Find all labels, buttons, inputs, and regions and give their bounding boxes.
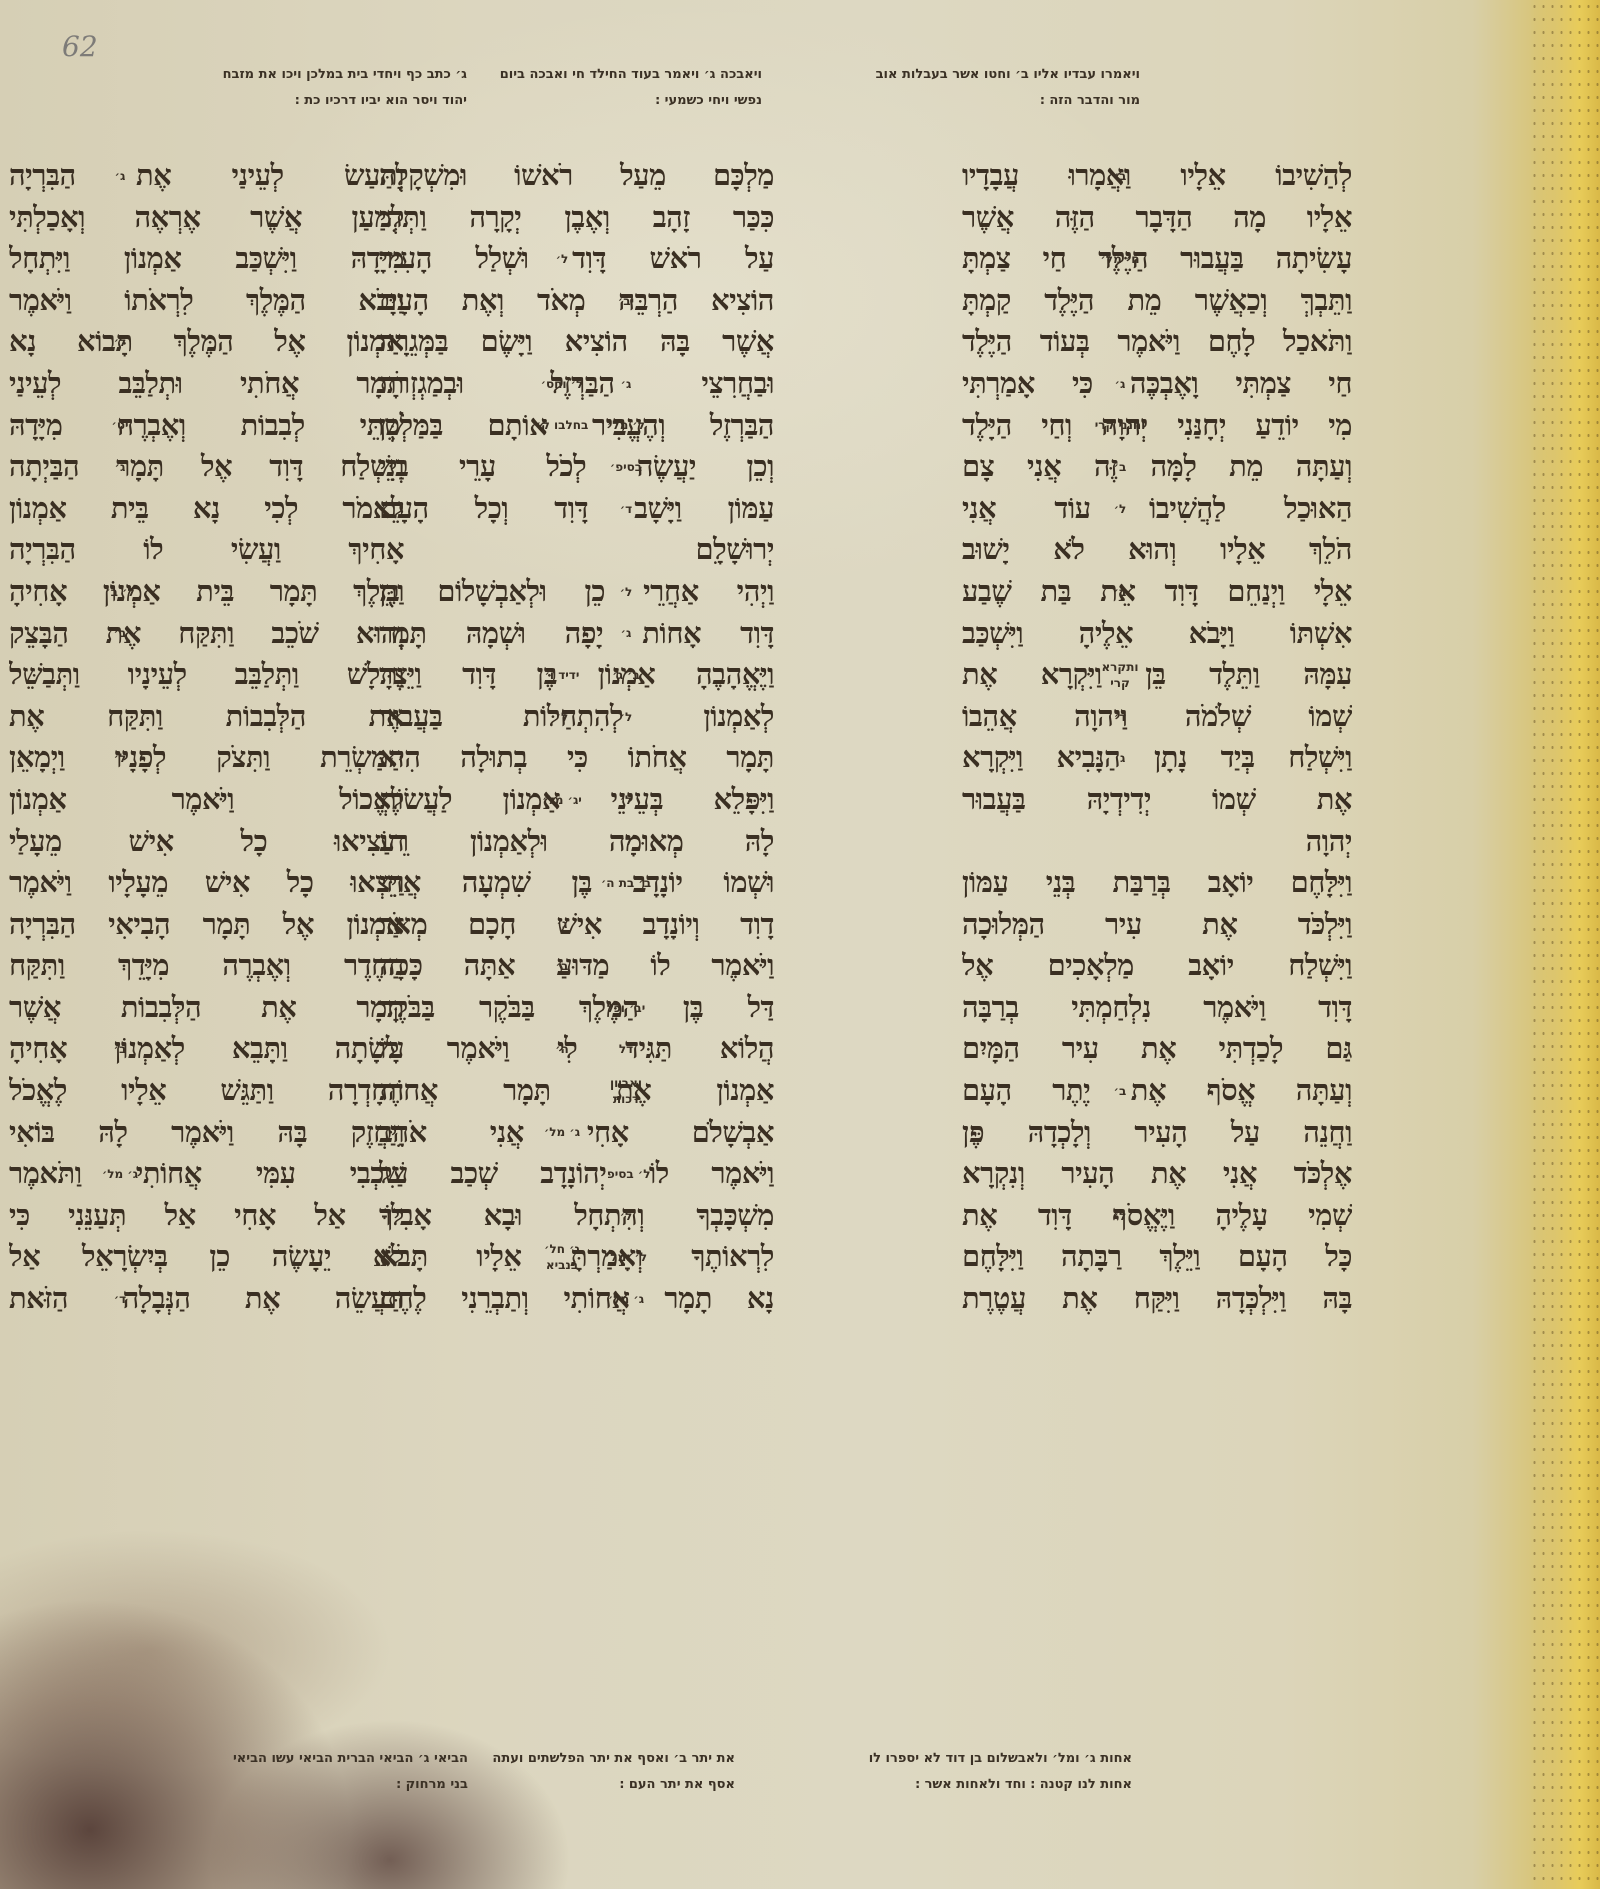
text-line: הַאוּכַל לַהֲשִׁיבוֹ עוֹד אֲנִי — [962, 488, 1352, 530]
masorah-parva-note — [92, 197, 148, 239]
masorah-parva-note — [92, 696, 148, 738]
masorah-parva-note — [534, 488, 590, 530]
masorah-parva-note — [92, 529, 148, 571]
text-line: וַיִּלְכֹּד אֶת עִיר הַמְּלוּכָה — [962, 904, 1352, 946]
masorah-parva-note: ב׳ — [1092, 155, 1148, 197]
masorah-parva-left-col: ל׳ל׳ וחס׳בחלבו ק׳ידיד ו׳ל׳יג׳ מל׳ג׳ב׳ה׳ג… — [534, 155, 590, 1320]
masorah-magna-bottom-middle: את יתר ב׳ ואסף את יתר הפלשתים ועתה אסף א… — [492, 1746, 735, 1798]
text-line: וַיֵּצְאוּ כָל אִישׁ מֵעָלָיו וַיֹּאמֶר — [9, 862, 404, 904]
masorah-parva-note — [534, 1070, 590, 1112]
masorah-parva-note — [598, 155, 654, 197]
text-line: וַתָּלָשׁ וַתְּלַבֵּב לְעֵינָיו וַתְּבַש… — [9, 654, 404, 696]
text-line: אַמְנוֹן אֶל תָּמָר הָבִיאִי הַבִּרְיָה — [9, 904, 404, 946]
masorah-parva-note — [534, 446, 590, 488]
text-line: גַּם לָכַדְתִּי אֶת עִיר הַמָּיִם — [962, 1028, 1352, 1070]
masorah-parva-note — [92, 904, 148, 946]
masorah-parva-note — [92, 779, 148, 821]
masorah-parva-note: יט׳ — [92, 405, 148, 447]
masorah-parva-note — [534, 197, 590, 239]
masorah-parva-note — [598, 321, 654, 363]
text-line: הַחֶדֶר וְאֶבְרֶה מִיָּדֵךְ וַתִּקַּח — [9, 945, 404, 987]
masorah-parva-note — [598, 197, 654, 239]
text-line: לְהַשִׁיבוֹ אֵלָיו וַאֲמָרוּ עֲבָדָיו — [962, 155, 1352, 197]
masorah-parva-note: ג׳ — [92, 446, 148, 488]
masorah-parva-note: ל׳ וחס׳ — [534, 363, 590, 405]
masorah-parva-note — [1092, 280, 1148, 322]
masorah-parva-note: ג׳ — [1092, 363, 1148, 405]
folio-number: 62 — [62, 30, 98, 63]
masorah-parva-note — [1092, 779, 1148, 821]
text-line: אֶת הַלְּבִבוֹת וַתִּקַּח אֶת — [9, 696, 404, 738]
text-line: הֹלֵךְ אֵלָיו וְהוּא לֹא יָשׁוּב — [962, 529, 1352, 571]
text-line: לֵאמֹר לְכִי נָא בֵּית אַמְנוֹן — [9, 488, 404, 530]
text-line: מִי יוֹדֵעַ יְחָנַּנִי יְהוָה וְחַי הַיָ… — [962, 405, 1352, 447]
masorah-parva-note: ג׳ — [598, 613, 654, 655]
masorah-parva-note — [534, 613, 590, 655]
masorah-parva-note — [534, 987, 590, 1029]
mm-line: יהוד ויסר הוא יביו דרכיו כת ׃ — [223, 88, 467, 114]
masorah-magna-bottom-right: אחות ג׳ ומל׳ ולאבשלום בן דוד לא יספרו לו… — [869, 1746, 1132, 1798]
masorah-parva-note: ב׳ — [1092, 446, 1148, 488]
masorah-parva-note: ג׳ — [534, 904, 590, 946]
masorah-parva-note: ל׳ — [534, 696, 590, 738]
masorah-parva-middle-col: יב׳ג׳ל׳ מל׳בסיפ׳ד׳ל׳ג׳ב׳ ג׳ל׳ל׳ל׳ב׳ בת ה… — [598, 155, 654, 1320]
masorah-parva-note — [1092, 945, 1148, 987]
masorah-parva-note — [92, 821, 148, 863]
masorah-parva-note — [1092, 321, 1148, 363]
masorah-parva-note: ותקרא קרי — [1092, 654, 1148, 696]
text-line: שְׁמִי עָלֶיהָ וַיֶּאֱסֹף דָּוִד אֶת — [962, 1195, 1352, 1237]
masorah-parva-note — [598, 1112, 654, 1154]
masorah-parva-note — [1092, 613, 1148, 655]
text-line: כָּל הָעָם וַיֵּלֶךְ רַבָּתָה וַיִּלָּחֶ… — [962, 1236, 1352, 1278]
masorah-parva-note — [534, 862, 590, 904]
mm-line: ויאבכה ג׳ ויאמר בעוד החילד חי ואבכה ביום — [500, 62, 762, 88]
masorah-parva-note: ל׳ — [598, 779, 654, 821]
masorah-parva-note — [92, 1236, 148, 1278]
text-line: אֶלְכֹּד אֲנִי אֶת הָעִיר וְנִקְרָא — [962, 1153, 1352, 1195]
masorah-parva-note — [1092, 197, 1148, 239]
masorah-parva-note: ואביון דכות — [598, 1070, 654, 1112]
masorah-parva-note: בסיפ׳ — [598, 446, 654, 488]
masorah-magna-top-right: ויאמרו עבדיו אליו ב׳ וחטו אשר בעבלות אוב… — [876, 62, 1140, 114]
masorah-parva-note — [1092, 987, 1148, 1029]
masorah-parva-note — [92, 488, 148, 530]
masorah-parva-note — [92, 1112, 148, 1154]
masorah-parva-note: ל׳ — [92, 737, 148, 779]
masorah-parva-note — [534, 1278, 590, 1320]
masorah-parva-note: בחלבו ק׳ — [534, 405, 590, 447]
masorah-parva-note: ל׳ — [1092, 1195, 1148, 1237]
text-column-right: לְהַשִׁיבוֹ אֵלָיו וַאֲמָרוּ עֲבָדָיואֵל… — [962, 155, 1352, 1320]
masorah-parva-note — [92, 363, 148, 405]
masorah-parva-note — [92, 945, 148, 987]
mm-line: אחות ג׳ ומל׳ ולאבשלום בן דוד לא יספרו לו — [869, 1746, 1132, 1772]
masorah-parva-note — [92, 987, 148, 1029]
text-line: לֹא יֵעָשֶׂה כֵן בְּיִשְׂרָאֵל אַל — [9, 1236, 404, 1278]
text-line: וַיִּשְׁלַח בְּיַד נָתָן הַנָּבִיא וַיִּ… — [962, 737, 1352, 779]
masorah-parva-note: ג׳ מל׳ — [92, 1153, 148, 1195]
masorah-parva-note: ב׳ — [1092, 1070, 1148, 1112]
text-line: וַיִּשְׁלַח דָּוִד אֶל תָּמָר הַבַּיְתָה — [9, 446, 404, 488]
masorah-parva-note: דל — [598, 1028, 654, 1070]
mm-line: את יתר ב׳ ואסף את יתר הפלשתים ועתה — [492, 1746, 735, 1772]
masorah-parva-note — [1092, 821, 1148, 863]
masorah-parva-note — [1092, 862, 1148, 904]
text-line: שְׁמוֹ שְׁלֹמֹה וַיהוָה אֲהֵבוֹ — [962, 696, 1352, 738]
text-line: וַחֲנֵה עַל הָעִיר וְלָכְדָהּ פֶּן — [962, 1112, 1352, 1154]
text-line: וַתֹּאכַל לָחֶם וַיֹּאמֶר בְּעוֹד הַיֶּל… — [962, 321, 1352, 363]
edge-speckle — [1530, 0, 1600, 1889]
masorah-parva-note: ב׳ בת ה׳ — [598, 862, 654, 904]
masorah-parva-note — [534, 1195, 590, 1237]
masorah-parva-note — [92, 238, 148, 280]
masorah-parva-note — [1092, 529, 1148, 571]
masorah-parva-note: ל׳ בסיפ׳ — [598, 1153, 654, 1195]
text-line: תָמָר אֲחֹתִי וּתְלַבֵּב לְעֵינַי — [9, 363, 404, 405]
masorah-parva-note — [92, 654, 148, 696]
masorah-parva-note — [534, 155, 590, 197]
masorah-parva-note — [534, 1153, 590, 1195]
masorah-magna-top-middle: ויאבכה ג׳ ויאמר בעוד החילד חי ואבכה ביום… — [500, 62, 762, 114]
text-line: לוֹ אַל אָחִי אַל תְּעַנֵּנִי כִּי — [9, 1195, 404, 1237]
text-line: תַּעֲשֵׂה אֶת הַנְּבָלָה הַזֹּאת — [9, 1278, 404, 1320]
text-line: אִשְׁתּוֹ וַיָּבֹא אֵלֶיהָ וַיִּשְׁכַּב — [962, 613, 1352, 655]
text-line: עָשִׂיתָה בַּעֲבוּר הַיֶּלֶד חַי צַמְתָּ — [962, 238, 1352, 280]
masorah-parva-note: יב׳ וכל — [598, 987, 654, 1029]
mm-line: אחות לנו קטנה ׃ וחד ולאחות אשר ׃ — [869, 1772, 1132, 1798]
mm-line: אסף את יתר העם ׃ — [492, 1772, 735, 1798]
masorah-parva-note — [534, 280, 590, 322]
text-line: אָחִיךְ וַעֲשִׂי לוֹ הַבִּרְיָה — [9, 529, 404, 571]
text-line: שְׁתֵּי לְבִבוֹת וְאֶבְרֶה מִיָּדָהּ — [9, 405, 404, 447]
text-line: וַיָּבֹא הַמֶּלֶךְ לִרְאֹתוֹ וַיֹּאמֶר — [9, 280, 404, 322]
mm-line: ויאמרו עבדיו אליו ב׳ וחטו אשר בעבלות אוב — [876, 62, 1140, 88]
masorah-parva-note: ב׳ — [534, 945, 590, 987]
masorah-parva-note — [534, 821, 590, 863]
masorah-parva-note — [92, 280, 148, 322]
text-line: וַיִּלָּחֶם יוֹאָב בְּרַבַּת בְּנֵי עַמּ… — [962, 862, 1352, 904]
mm-line: בני מרחוק ׃ — [233, 1772, 468, 1798]
text-line: יְהוָה — [962, 821, 1352, 863]
text-line: מִיָּדָהּ וַיִּשְׁכַּב אַמְנוֹן וַיִּתְח… — [9, 238, 404, 280]
masorah-parva-note: יג׳ מל׳ — [534, 779, 590, 821]
masorah-parva-note — [92, 1195, 148, 1237]
masorah-parva-note: ג׳ — [598, 363, 654, 405]
masorah-parva-note: וחנני קרי — [1092, 405, 1148, 447]
text-line: וְתַעַשׂ לְעֵינַי אֶת הַבִּרְיָה — [9, 155, 404, 197]
masorah-parva-note: ב׳ — [92, 1028, 148, 1070]
text-line: הַמַּשְׂרֵת וַתִּצֹק לְפָנָיו וַיְמָאֵן — [9, 737, 404, 779]
masorah-magna-top-left: ג׳ כתב כף ויחדי בית במלכן ויכו את מזבח י… — [223, 62, 467, 114]
text-line: וְעַתָּה אֱסֹף אֶת יֶתֶר הָעָם — [962, 1070, 1352, 1112]
text-line: דָּוִד וַיֹּאמֶר נִלְחַמְתִּי בְרַבָּה — [962, 987, 1352, 1029]
masorah-parva-note — [1092, 1278, 1148, 1320]
masorah-parva-note: ל׳ ומל׳ — [598, 1236, 654, 1278]
masorah-parva-note — [92, 862, 148, 904]
text-line: תָּמָר אֶת הַלְּבִבוֹת אֲשֶׁר — [9, 987, 404, 1029]
masorah-parva-note: ג׳ מל׳ — [598, 1278, 654, 1320]
masorah-parva-note — [534, 529, 590, 571]
masorah-parva-note: ב׳ ג׳ — [598, 654, 654, 696]
masorah-parva-note: ל׳ — [1092, 488, 1148, 530]
masorah-parva-note: ג׳ חל׳ בנביא — [534, 1236, 590, 1278]
text-column-left: וְתַעַשׂ לְעֵינַי אֶת הַבִּרְיָהלְמַעַן … — [9, 155, 404, 1320]
text-line: וַיִּשְׁלַח יוֹאָב מַלְאָכִים אֶל — [962, 945, 1352, 987]
text-line: וַתֵּבְךְּ וְכַאֲשֶׁר מֵת הַיֶּלֶד קַמְת… — [962, 280, 1352, 322]
masorah-parva-outer-left: ג׳ל׳יט׳ג׳ל׳ ב׳ב׳ל׳ב׳ג׳ מל׳ד׳ — [92, 155, 148, 1320]
masorah-parva-right-col: ב׳ח׳ מל׳ג׳וחנני קריב׳ל׳ב׳ותקרא קריד׳ג׳ב׳… — [1092, 155, 1148, 1320]
manuscript-page: 62 ויאמרו עבדיו אליו ב׳ וחטו אשר בעבלות … — [0, 0, 1600, 1889]
masorah-parva-note — [598, 945, 654, 987]
masorah-parva-note — [92, 1070, 148, 1112]
text-line: עָשָׂתָה וַתָּבֵא לְאַמְנוֹן אָחִיהָ — [9, 1028, 404, 1070]
text-line: הוֹצִיאוּ כָל אִישׁ מֵעָלַי — [9, 821, 404, 863]
masorah-magna-bottom-left: הביאי ג׳ הביאי הברית הביאי עשו הביאי בני… — [233, 1746, 468, 1798]
masorah-parva-note: ג׳ — [1092, 737, 1148, 779]
masorah-parva-note: ל׳ ב׳ — [92, 571, 148, 613]
text-line: אֶת שְׁמוֹ יְדִידְיָהּ בַּעֲבוּר — [962, 779, 1352, 821]
masorah-parva-note — [1092, 1153, 1148, 1195]
masorah-parva-note: ל׳ — [598, 696, 654, 738]
masorah-parva-note: ד׳ — [1092, 696, 1148, 738]
masorah-parva-note — [1092, 904, 1148, 946]
mm-line: ג׳ כתב כף ויחדי בית במלכן ויכו את מזבח — [223, 62, 467, 88]
masorah-parva-note — [1092, 1236, 1148, 1278]
text-line: וְעַתָּה מֵת לָמָּה זֶּה אֲנִי צָם — [962, 446, 1352, 488]
text-line: וַתֵּלֶךְ תָּמָר בֵּית אַמְנוֹן אָחִיהָ — [9, 571, 404, 613]
text-line: אַמְנוֹן אֶל הַמֶּלֶךְ תָּבוֹא נָא — [9, 321, 404, 363]
mm-line: נפשי ויחי כשמעי ׃ — [500, 88, 762, 114]
masorah-parva-note: ד׳ — [92, 1278, 148, 1320]
masorah-parva-note — [534, 321, 590, 363]
text-line: לְמַעַן אֲשֶׁר אֶרְאֶה וְאָכַלְתִּי — [9, 197, 404, 239]
masorah-parva-note — [598, 737, 654, 779]
masorah-parva-note: ג׳ מל׳ — [534, 1112, 590, 1154]
masorah-parva-note: ל׳ מל׳ — [598, 405, 654, 447]
text-line: הֶחָדְרָה וַתַּגֵּשׁ אֵלָיו לֶאֱכֹל — [9, 1070, 404, 1112]
text-line: עִמָּהּ וַתֵּלֶד בֵּן וַיִּקְרָא אֶת — [962, 654, 1352, 696]
masorah-parva-note: ל׳ — [92, 321, 148, 363]
masorah-parva-note — [1092, 1028, 1148, 1070]
masorah-parva-note: ח׳ מל׳ — [1092, 238, 1148, 280]
masorah-parva-note: ל׳ — [598, 1195, 654, 1237]
masorah-parva-note: ג׳ — [92, 155, 148, 197]
text-line: אֵלָי וַיְנַחֵם דָּוִד אֵת בַּת שֶׁבַע — [962, 571, 1352, 613]
masorah-parva-note — [598, 904, 654, 946]
masorah-parva-note: ב׳ — [92, 613, 148, 655]
masorah-parva-note: ל׳ — [598, 821, 654, 863]
masorah-parva-note: ב׳ — [1092, 571, 1148, 613]
mm-line: הביאי ג׳ הביאי הברית הביאי עשו הביאי — [233, 1746, 468, 1772]
masorah-parva-note: ל׳ — [534, 238, 590, 280]
text-line: חַי צַמְתִּי וָאֶבְכֶּה כִּי אָמַרְתִּי — [962, 363, 1352, 405]
text-line: וְהוּא שֹׁכֵב וַתִּקַּח אֶת הַבָּצֵק — [9, 613, 404, 655]
text-line: אֵלָיו מָה הַדָּבָר הַזֶּה אֲשֶׁר — [962, 197, 1352, 239]
masorah-parva-note — [1092, 1112, 1148, 1154]
masorah-parva-note — [534, 571, 590, 613]
masorah-parva-note: ידיד ו׳ — [534, 654, 590, 696]
masorah-parva-note — [534, 737, 590, 779]
masorah-parva-note: ל׳ — [598, 571, 654, 613]
mm-line: מור והדבר הזה ׃ — [876, 88, 1140, 114]
text-line: וַיַּחֲזֶק בָּהּ וַיֹּאמֶר לָהּ בּוֹאִי — [9, 1112, 404, 1154]
text-line: שִׁכְבִי עִמִּי אֲחוֹתִי וַתֹּאמֶר — [9, 1153, 404, 1195]
masorah-parva-note: יב׳ — [598, 280, 654, 322]
masorah-parva-note: ד׳ — [598, 488, 654, 530]
text-line: לֶאֱכוֹל וַיֹּאמֶר אַמְנוֹן — [9, 779, 404, 821]
masorah-parva-note — [598, 238, 654, 280]
masorah-parva-note — [598, 529, 654, 571]
text-line: בָּהּ וַיִּלְכְּדָהּ וַיִּקַּח אֶת עֲטֶר… — [962, 1278, 1352, 1320]
masorah-parva-note: ה׳ — [534, 1028, 590, 1070]
